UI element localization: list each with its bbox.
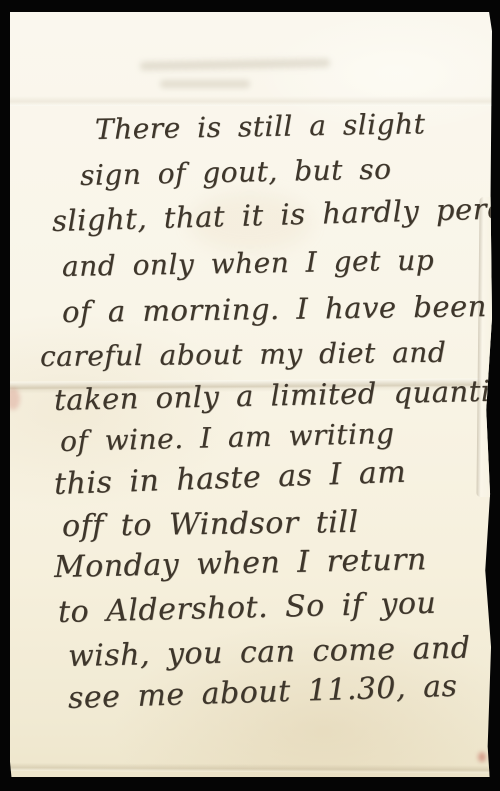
handwritten-line-10: off to Windsor till	[62, 505, 359, 544]
handwritten-line-13: wish, you can come and	[68, 631, 471, 674]
letter-page: There is still a slight sign of gout, bu…	[10, 12, 492, 777]
paper-stain	[10, 388, 20, 410]
handwritten-line-2: sign of gout, but so	[80, 152, 392, 192]
embossed-letterhead-ghost	[160, 80, 250, 88]
paper-stain	[478, 752, 486, 762]
handwritten-line-6: careful about my diet and	[40, 336, 447, 373]
handwritten-line-5: of a morning. I have been	[62, 289, 487, 329]
handwritten-line-12: to Aldershot. So if you	[58, 586, 437, 630]
folded-page-edge	[476, 197, 492, 497]
fold-crease-top	[10, 96, 492, 106]
handwritten-line-11: Monday when I return	[54, 542, 427, 585]
scanned-letter-image: There is still a slight sign of gout, bu…	[0, 0, 500, 791]
handwritten-line-1: There is still a slight	[95, 107, 426, 146]
handwritten-line-8: of wine. I am writing	[60, 417, 395, 458]
handwritten-line-4: and only when I get up	[62, 244, 435, 283]
handwritten-line-9: this in haste as I am	[53, 455, 406, 502]
fold-crease-bottom	[10, 763, 492, 774]
handwritten-line-3: slight, that it is hardly perce	[52, 191, 492, 238]
embossed-letterhead-ghost	[140, 58, 330, 70]
handwritten-line-14: see me about 11.30, as	[67, 669, 457, 716]
handwritten-line-7: taken only a limited quantity	[54, 373, 492, 417]
